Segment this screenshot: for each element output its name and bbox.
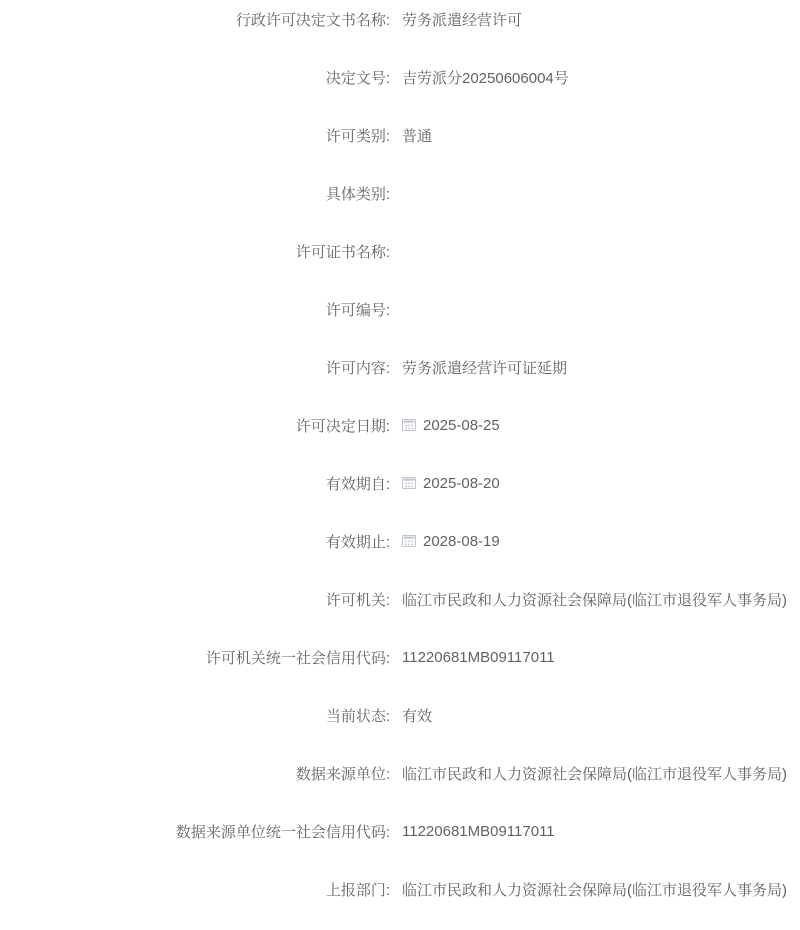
field-value-text: 11220681MB09117011 bbox=[402, 823, 555, 840]
form-row: 许可证书名称: bbox=[0, 222, 800, 280]
form-row: 当前状态: 有效 bbox=[0, 686, 800, 744]
field-value-text: 2028-08-19 bbox=[423, 533, 500, 550]
field-label: 许可编号: bbox=[0, 299, 390, 320]
field-label: 许可类别: bbox=[0, 125, 390, 146]
field-value-text: 有效 bbox=[402, 705, 432, 726]
field-value-text: 临江市民政和人力资源社会保障局(临江市退役军人事务局) bbox=[402, 763, 787, 784]
form-row: 许可类别: 普通 bbox=[0, 106, 800, 164]
field-label: 具体类别: bbox=[0, 183, 390, 204]
field-value: 吉劳派分20250606004号 bbox=[402, 67, 569, 88]
field-label: 许可证书名称: bbox=[0, 241, 390, 262]
field-value-text: 临江市民政和人力资源社会保障局(临江市退役军人事务局) bbox=[402, 879, 787, 900]
field-label: 有效期自: bbox=[0, 473, 390, 494]
field-value: 2025-08-25 bbox=[402, 417, 500, 434]
form-row: 数据来源单位统一社会信用代码: 11220681MB09117011 bbox=[0, 802, 800, 860]
field-value: 11220681MB09117011 bbox=[402, 823, 555, 840]
field-label: 行政许可决定文书名称: bbox=[0, 9, 390, 30]
field-label: 当前状态: bbox=[0, 705, 390, 726]
field-value: 2028-08-19 bbox=[402, 533, 500, 550]
field-value-text: 临江市民政和人力资源社会保障局(临江市退役军人事务局) bbox=[402, 589, 787, 610]
form-row: 有效期自: 2025-08-20 bbox=[0, 454, 800, 512]
form-row: 具体类别: bbox=[0, 164, 800, 222]
field-value: 普通 bbox=[402, 125, 432, 146]
form-row: 许可编号: bbox=[0, 280, 800, 338]
field-label: 数据来源单位统一社会信用代码: bbox=[0, 821, 390, 842]
field-value-text: 普通 bbox=[402, 125, 432, 146]
form-row: 有效期止: 2028-08-19 bbox=[0, 512, 800, 570]
field-label: 上报部门: bbox=[0, 879, 390, 900]
field-value-text: 劳务派遣经营许可证延期 bbox=[402, 357, 567, 378]
form-row: 许可机关统一社会信用代码: 11220681MB09117011 bbox=[0, 628, 800, 686]
form-row: 决定文号: 吉劳派分20250606004号 bbox=[0, 48, 800, 106]
field-value-text: 吉劳派分20250606004号 bbox=[402, 67, 569, 88]
form-row: 许可机关: 临江市民政和人力资源社会保障局(临江市退役军人事务局) bbox=[0, 570, 800, 628]
field-label: 数据来源单位: bbox=[0, 763, 390, 784]
field-value: 有效 bbox=[402, 705, 432, 726]
form-row: 数据来源单位: 临江市民政和人力资源社会保障局(临江市退役军人事务局) bbox=[0, 744, 800, 802]
field-value: 劳务派遣经营许可证延期 bbox=[402, 357, 567, 378]
field-label: 许可机关统一社会信用代码: bbox=[0, 647, 390, 668]
license-detail-page: 行政许可决定文书名称: 劳务派遣经营许可 决定文号: 吉劳派分202506060… bbox=[0, 0, 800, 918]
form-row: 许可内容: 劳务派遣经营许可证延期 bbox=[0, 338, 800, 396]
field-label: 有效期止: bbox=[0, 531, 390, 552]
field-value: 临江市民政和人力资源社会保障局(临江市退役军人事务局) bbox=[402, 879, 787, 900]
field-label: 许可决定日期: bbox=[0, 415, 390, 436]
field-value-text: 11220681MB09117011 bbox=[402, 649, 555, 666]
field-value: 11220681MB09117011 bbox=[402, 649, 555, 666]
field-value: 2025-08-20 bbox=[402, 475, 500, 492]
calendar-icon bbox=[402, 476, 416, 490]
field-value: 劳务派遣经营许可 bbox=[402, 9, 522, 30]
form-row: 上报部门: 临江市民政和人力资源社会保障局(临江市退役军人事务局) bbox=[0, 860, 800, 918]
calendar-icon bbox=[402, 534, 416, 548]
form-row: 许可决定日期: 2025-08-25 bbox=[0, 396, 800, 454]
field-label: 决定文号: bbox=[0, 67, 390, 88]
field-value: 临江市民政和人力资源社会保障局(临江市退役军人事务局) bbox=[402, 763, 787, 784]
field-value-text: 2025-08-20 bbox=[423, 475, 500, 492]
license-detail-form: 行政许可决定文书名称: 劳务派遣经营许可 决定文号: 吉劳派分202506060… bbox=[0, 0, 800, 918]
field-value: 临江市民政和人力资源社会保障局(临江市退役军人事务局) bbox=[402, 589, 787, 610]
field-label: 许可内容: bbox=[0, 357, 390, 378]
form-row: 行政许可决定文书名称: 劳务派遣经营许可 bbox=[0, 0, 800, 48]
field-value-text: 2025-08-25 bbox=[423, 417, 500, 434]
field-value-text: 劳务派遣经营许可 bbox=[402, 9, 522, 30]
field-label: 许可机关: bbox=[0, 589, 390, 610]
calendar-icon bbox=[402, 418, 416, 432]
